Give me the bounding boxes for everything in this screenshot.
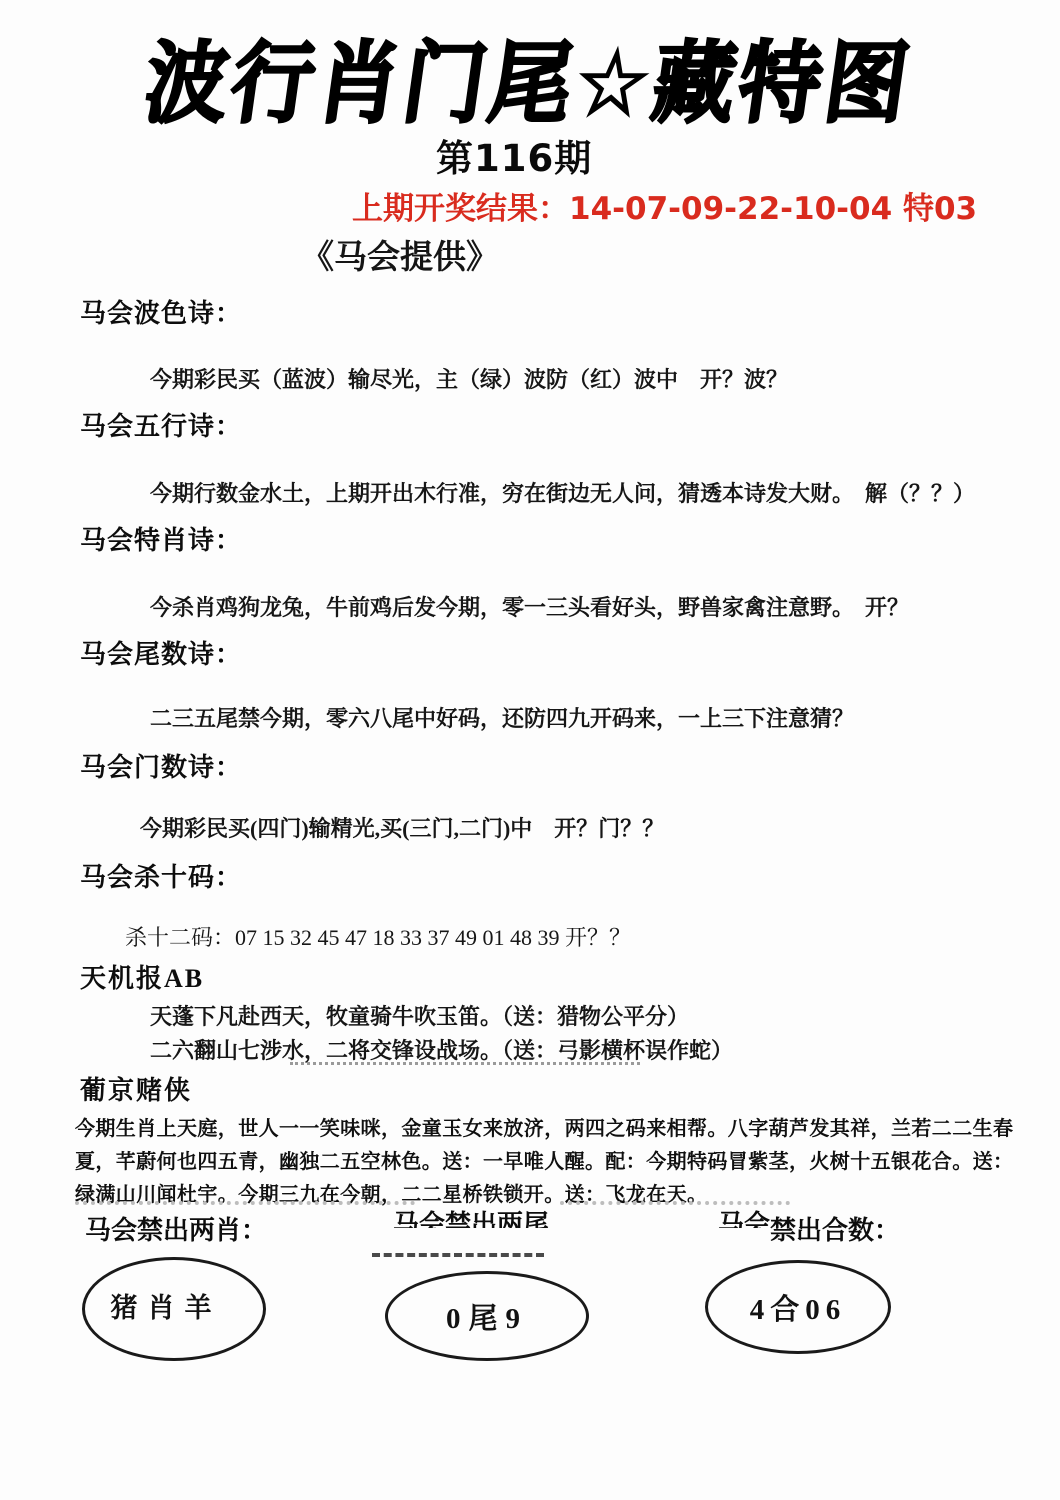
page-title: 波行肖门尾☆藏特图 <box>138 13 921 139</box>
footer-heading-ban-two-tails: 马会禁出两尾. <box>393 1210 556 1229</box>
verse-wave-color: 今期彩民买（蓝波）输尽光，主（绿）波防（红）波中 开？波？ <box>150 363 788 394</box>
print-smudge-under-paragraph-left <box>75 1201 415 1205</box>
tip-sheet-page: 波行肖门尾☆藏特图 第116期 上期开奖结果：14-07-09-22-10-04… <box>0 0 1060 1500</box>
print-smudge-under-tianji <box>290 1062 640 1065</box>
verse-tail-number: 二三五尾禁今期，零六八尾中好码，还防四九开码来，一上三下注意猜？ <box>150 702 854 733</box>
ellipse-ban-zodiac: 猪肖羊 <box>82 1257 266 1361</box>
pujing-paragraph-line-1: 今期生肖上天庭，世人一一笑味咪，金童玉女来放济，两四之码来相帮。八字葫芦发其祥，… <box>75 1112 995 1141</box>
kill-codes-line: 杀十二码：07 15 32 45 47 18 33 37 49 01 48 39… <box>125 921 631 952</box>
footer-heading-ban-sum: 马会 禁出合数： <box>718 1210 900 1247</box>
section-heading-tianji-report: 天机报AB <box>80 958 204 995</box>
section-heading-five-elements: 马会五行诗： <box>80 406 242 443</box>
clipped-print-text: 马会 <box>718 1210 770 1228</box>
ban-sum-value: 4合06 <box>750 1287 847 1328</box>
verse-gate-number: 今期彩民买(四门)输精光,买(三门,二门)中 开？门？？ <box>140 812 664 843</box>
ban-zodiac-value: 猪肖羊 <box>111 1286 222 1325</box>
masthead: 波行肖门尾☆藏特图 <box>0 18 1060 135</box>
ellipse-ban-sum: 4合06 <box>705 1260 891 1354</box>
tianji-line-2: 二六翻山七涉水，二将交锋设战场。（送：弓影横杯误作蛇） <box>150 1034 733 1065</box>
clipped-print-text: 马会禁出两尾. <box>393 1210 556 1228</box>
verse-special-zodiac: 今杀肖鸡狗龙兔，牛前鸡后发今期，零一三头看好头，野兽家禽注意野。 开？ <box>150 591 909 622</box>
pujing-paragraph-line-2: 夏，芊蔚何也四五青，幽独二五空林色。送：一早唯人醒。配：今期特码冒紫茎，火树十五… <box>75 1145 995 1174</box>
print-smudge-under-paragraph-right <box>560 1201 790 1205</box>
section-heading-kill-ten-codes: 马会杀十码： <box>80 857 242 894</box>
print-smudge-dashes <box>372 1253 544 1257</box>
section-heading-special-zodiac: 马会特肖诗： <box>80 520 242 557</box>
tianji-line-1: 天蓬下凡赴西天，牧童骑牛吹玉笛。（送：猎物公平分） <box>150 1000 689 1031</box>
issue-number: 第116期 <box>436 128 592 182</box>
verse-five-elements: 今期行数金水土，上期开出木行准，穷在街边无人问，猜透本诗发大财。 解（？？） <box>150 477 975 508</box>
last-draw-result: 上期开奖结果：14-07-09-22-10-04 特03 <box>352 183 977 228</box>
ellipse-ban-tail: 0尾9 <box>385 1271 589 1361</box>
section-heading-tail-number: 马会尾数诗： <box>80 634 242 671</box>
section-heading-wave-color: 马会波色诗： <box>80 293 242 330</box>
footer-heading-ban-two-zodiac: 马会禁出两肖： <box>85 1210 267 1247</box>
section-heading-gate-number: 马会门数诗： <box>80 747 242 784</box>
section-heading-pujing-gambler: 葡京赌侠 <box>80 1070 192 1107</box>
ban-tail-value: 0尾9 <box>446 1296 528 1337</box>
provider-line: 《马会提供》 <box>301 231 499 278</box>
